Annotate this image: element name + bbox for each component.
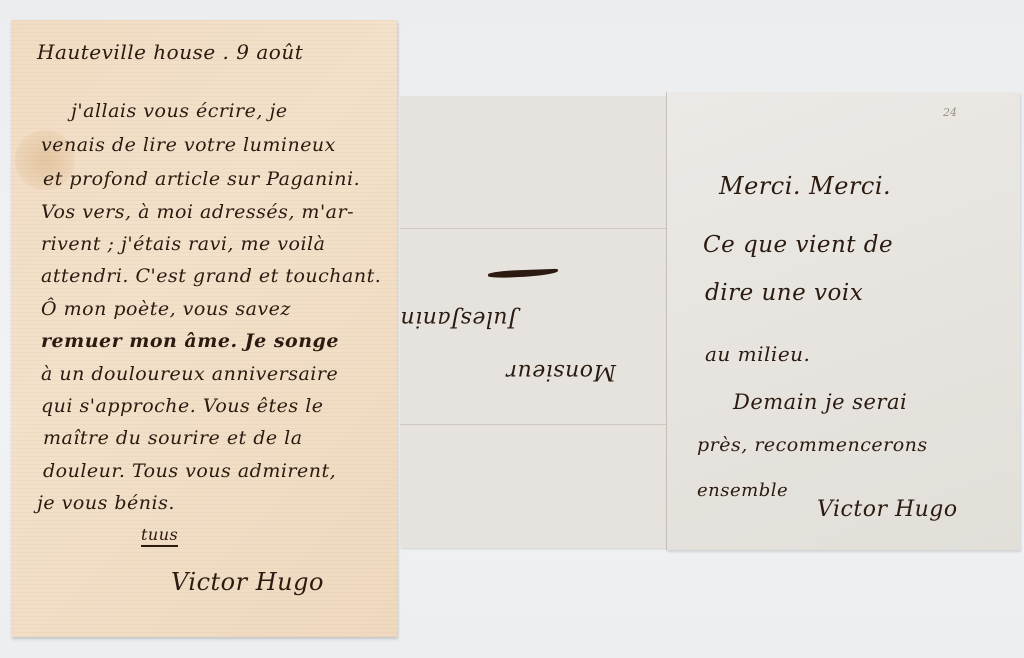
letter-left-line: Ô mon poète, vous savez [41,298,291,320]
fold-line [400,228,666,229]
fold-line [400,424,666,425]
letter-left-line: rivent ; j'étais ravi, me voilà [41,233,325,255]
letter-right-sheet: 24 Merci. Merci. Ce que vient de dire un… [666,92,1020,550]
letter-left-closing: tuus [141,525,178,547]
letter-left-line: venais de lire votre lumineux [41,134,336,156]
letter-right-line: Ce que vient de [703,232,893,258]
letter-left-line: et profond article sur Paganini. [43,168,360,190]
letter-right-line: ensemble [697,480,788,501]
address-surname: Janin [400,306,460,331]
address-firstname: Jules [460,306,517,331]
letter-left-line: douleur. Tous vous admirent, [43,460,336,482]
address-salutation: Monsieur [506,359,616,384]
letter-left-line: attendri. C'est grand et touchant. [41,265,381,287]
letter-left-heading: Hauteville house . 9 août [37,40,303,64]
letter-left-line: Vos vers, à moi adressés, m'ar- [41,201,354,223]
letter-left-line: maître du sourire et de la [43,427,303,449]
letter-right-signature: Victor Hugo [817,497,958,522]
letter-right-line: Demain je serai [733,390,907,414]
letter-left-line: j'allais vous écrire, je [71,100,288,122]
letter-left-signature: Victor Hugo [171,568,324,596]
letter-middle-sheet: Janin Jules Monsieur [400,96,666,548]
letter-left-sheet: Hauteville house . 9 août j'allais vous … [11,20,397,637]
letter-left-line: remuer mon âme. Je songe [41,330,339,352]
letter-left-line: je vous bénis. [37,492,175,514]
pencil-number: 24 [943,106,957,119]
letter-left-line: qui s'approche. Vous êtes le [41,395,324,417]
letter-left-line: à un douloureux anniversaire [41,363,338,385]
letter-right-line: Merci. Merci. [719,172,891,200]
letter-right-line: près, recommencerons [697,434,928,456]
letter-right-line: dire une voix [705,280,863,306]
letter-right-line: au milieu. [705,342,810,366]
